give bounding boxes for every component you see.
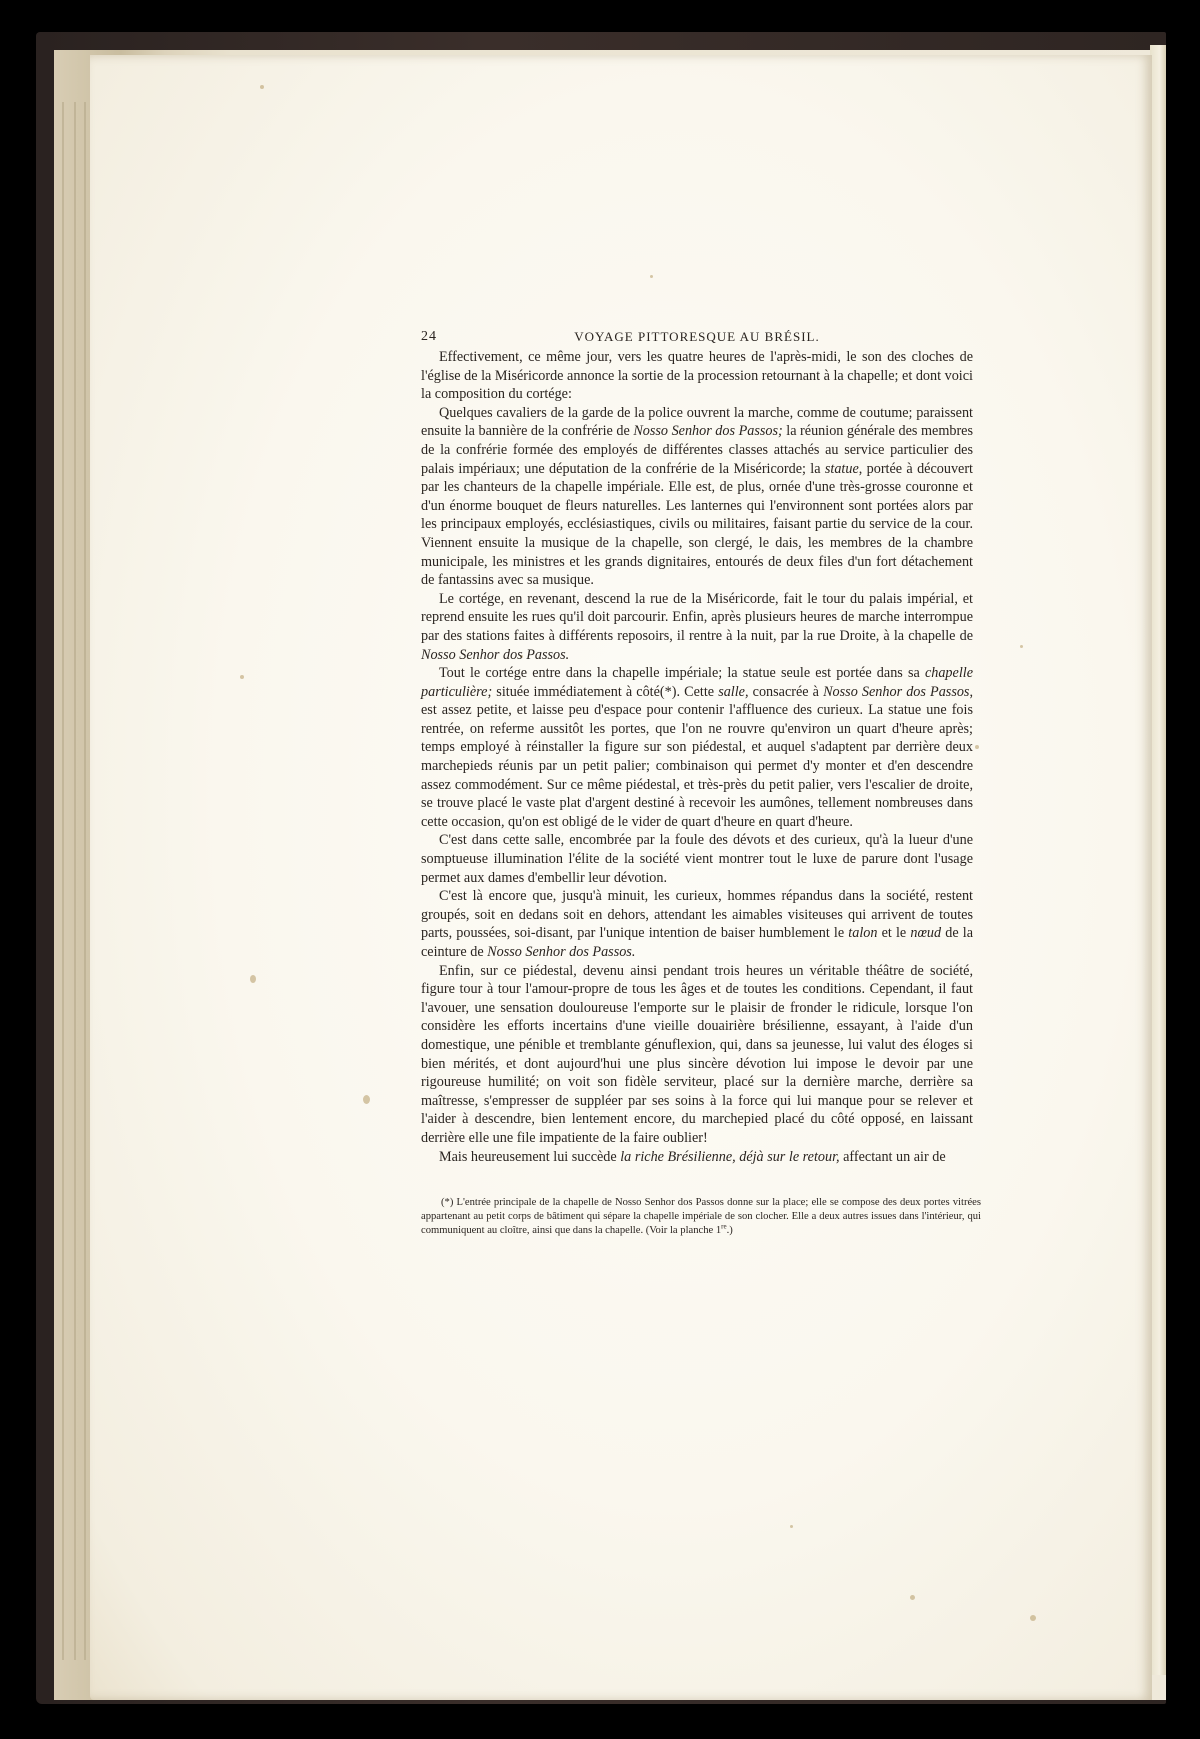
italic-text: Nosso Senhor dos Passos; <box>633 423 782 439</box>
foxing-spot <box>650 275 653 278</box>
page-edge-line <box>74 102 76 1660</box>
text-run: consacrée à <box>749 684 824 700</box>
italic-text: Nosso Senhor dos Passos. <box>421 647 569 663</box>
main-text: 24 VOYAGE PITTORESQUE AU BRÉSIL. Effecti… <box>421 328 973 1166</box>
italic-text: Nosso Senhor dos Passos <box>823 684 969 700</box>
footnote-end: .) <box>727 1225 733 1236</box>
paragraph: Enfin, sur ce piédestal, devenu ainsi pe… <box>421 962 973 1148</box>
paragraph: Mais heureusement lui succède la riche B… <box>421 1148 973 1167</box>
foxing-spot <box>363 1095 370 1104</box>
foxing-spot <box>250 975 256 983</box>
text-run: et le <box>877 925 910 941</box>
paragraph: Quelques cavaliers de la garde de la pol… <box>421 404 973 590</box>
text-run: Enfin, sur ce piédestal, devenu ainsi pe… <box>421 963 973 1146</box>
text-run: située immédiatement à côté(*). Cette <box>492 684 718 700</box>
paragraph: Effectivement, ce même jour, vers les qu… <box>421 348 973 404</box>
text-run: Effectivement, ce même jour, vers les qu… <box>421 349 973 402</box>
paragraph: C'est là encore que, jusqu'à minuit, les… <box>421 887 973 961</box>
foxing-spot <box>790 1525 793 1528</box>
italic-text: Nosso Senhor dos Passos. <box>487 944 635 960</box>
page-right-edge <box>1150 45 1166 1675</box>
text-run: , portée à découvert par les chanteurs d… <box>421 461 973 589</box>
italic-text: statue <box>825 461 859 477</box>
text-run: Le cortége, en revenant, descend la rue … <box>421 591 973 644</box>
foxing-spot <box>1030 1615 1036 1621</box>
foxing-spot <box>975 745 979 749</box>
paragraph: Tout le cortége entre dans la chapelle i… <box>421 664 973 831</box>
foxing-spot <box>260 85 264 89</box>
page-edge-line <box>84 102 86 1660</box>
italic-text: nœud <box>910 925 941 941</box>
paragraph: Le cortége, en revenant, descend la rue … <box>421 590 973 664</box>
italic-text: talon <box>848 925 877 941</box>
foxing-spot <box>240 675 244 679</box>
footnote-body: (*) L'entrée principale de la chapelle d… <box>421 1197 981 1236</box>
footnote: (*) L'entrée principale de la chapelle d… <box>421 1196 981 1239</box>
text-run: , est assez petite, et laisse peu d'espa… <box>421 684 973 830</box>
paragraphs: Effectivement, ce même jour, vers les qu… <box>421 348 973 1166</box>
italic-text: la riche Brésilienne, déjà sur le retour… <box>620 1149 839 1165</box>
text-run: affectant un air de <box>840 1149 946 1165</box>
italic-text: salle, <box>718 684 748 700</box>
page-edge-line <box>62 102 64 1660</box>
foxing-spot <box>1020 645 1023 648</box>
foxing-spot <box>910 1595 915 1600</box>
text-run: Mais heureusement lui succède <box>439 1149 620 1165</box>
text-run: C'est dans cette salle, encombrée par la… <box>421 832 973 885</box>
paragraph: C'est dans cette salle, encombrée par la… <box>421 831 973 887</box>
text-run: Tout le cortége entre dans la chapelle i… <box>439 665 925 681</box>
running-title: VOYAGE PITTORESQUE AU BRÉSIL. <box>421 328 973 347</box>
footnote-text: (*) L'entrée principale de la chapelle d… <box>421 1196 981 1239</box>
running-head: 24 VOYAGE PITTORESQUE AU BRÉSIL. <box>421 328 973 348</box>
